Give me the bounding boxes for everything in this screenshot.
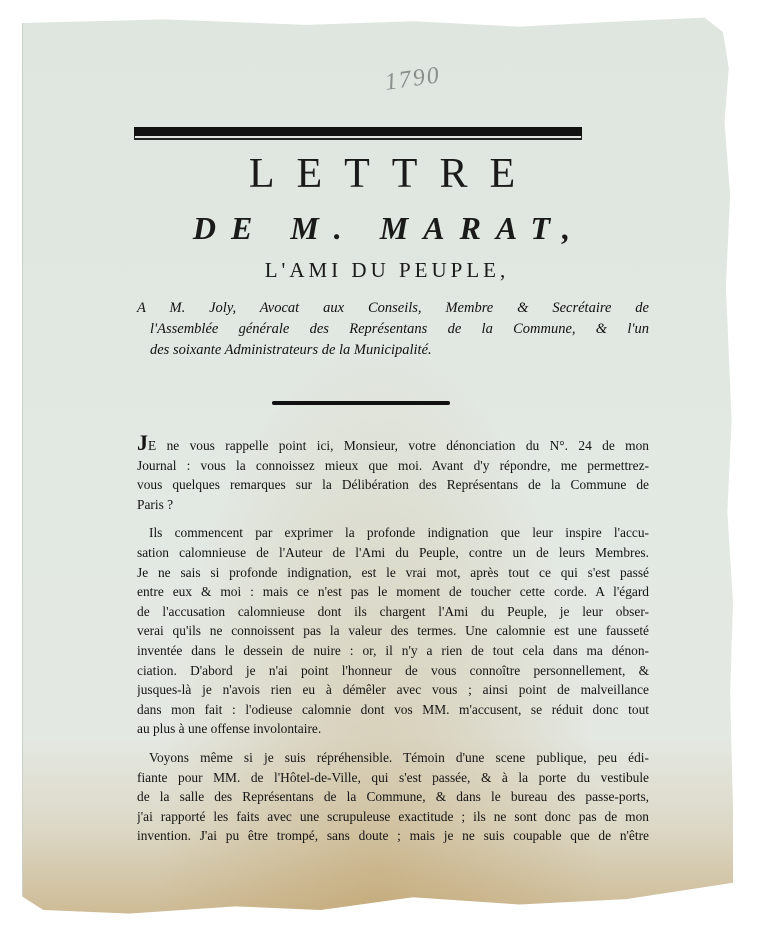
- text-line: vous quelques remarques sur la Délibérat…: [137, 475, 649, 495]
- addressee-line: A M. Joly, Avocat aux Conseils, Membre &…: [137, 298, 649, 319]
- addressee-block: A M. Joly, Avocat aux Conseils, Membre &…: [137, 298, 649, 361]
- text-line: jusques-là je n'avois rien eu à démêler …: [137, 680, 649, 700]
- section-rule-divider: [272, 401, 450, 405]
- text-line: j'ai rapporté les faits avec une scrupul…: [137, 807, 649, 827]
- text-line: Ils commencent par exprimer la profonde …: [137, 523, 649, 543]
- text-line: de l'accusation calomnieuse dont ils cha…: [137, 602, 649, 622]
- text-line: JE ne vous rappelle point ici, Monsieur,…: [137, 432, 649, 456]
- text-line: fiante pour MM. de l'Hôtel-de-Ville, qui…: [137, 768, 649, 788]
- title-lettre: LETTRE: [0, 150, 766, 198]
- text-line: Voyons même si je suis répréhensible. Té…: [137, 748, 649, 768]
- paragraph-1: JE ne vous rappelle point ici, Monsieur,…: [137, 432, 649, 514]
- title-author: DE M. MARAT,: [0, 210, 766, 247]
- text-line: Journal : vous la connoissez mieux que m…: [137, 456, 649, 476]
- addressee-line: l'Assemblée générale des Représentans de…: [137, 319, 649, 340]
- text-line: Je ne sais si profonde indignation, est …: [137, 563, 649, 583]
- text-line: dans mon fait : l'odieuse calomnie dont …: [137, 700, 649, 720]
- drop-cap: J: [137, 432, 148, 455]
- text-line: entre eux & moi : mais ce n'est pas le m…: [137, 582, 649, 602]
- text-line: de la salle des Représentans de la Commu…: [137, 787, 649, 807]
- text-line: Paris ?: [137, 495, 649, 515]
- letter-body: JE ne vous rappelle point ici, Monsieur,…: [137, 432, 649, 855]
- paragraph-3: Voyons même si je suis répréhensible. Té…: [137, 748, 649, 846]
- text-line: invention. J'ai pu être trompé, sans dou…: [137, 826, 649, 846]
- text-line: verai qu'ils ne connoissent pas la valeu…: [137, 621, 649, 641]
- text-line: au plus à une offense involontaire.: [137, 719, 649, 739]
- top-rule-divider: [134, 127, 582, 136]
- text-line: inventée dans le dessein de nuire : or, …: [137, 641, 649, 661]
- text-line: sation calomnieuse de l'Auteur de l'Ami …: [137, 543, 649, 563]
- paragraph-2: Ils commencent par exprimer la profonde …: [137, 523, 649, 739]
- text-line: ciation. D'abord je n'ai point l'honneur…: [137, 661, 649, 681]
- addressee-line: des soixante Administrateurs de la Munic…: [137, 340, 649, 361]
- title-subtitle: L'AMI DU PEUPLE,: [0, 258, 766, 283]
